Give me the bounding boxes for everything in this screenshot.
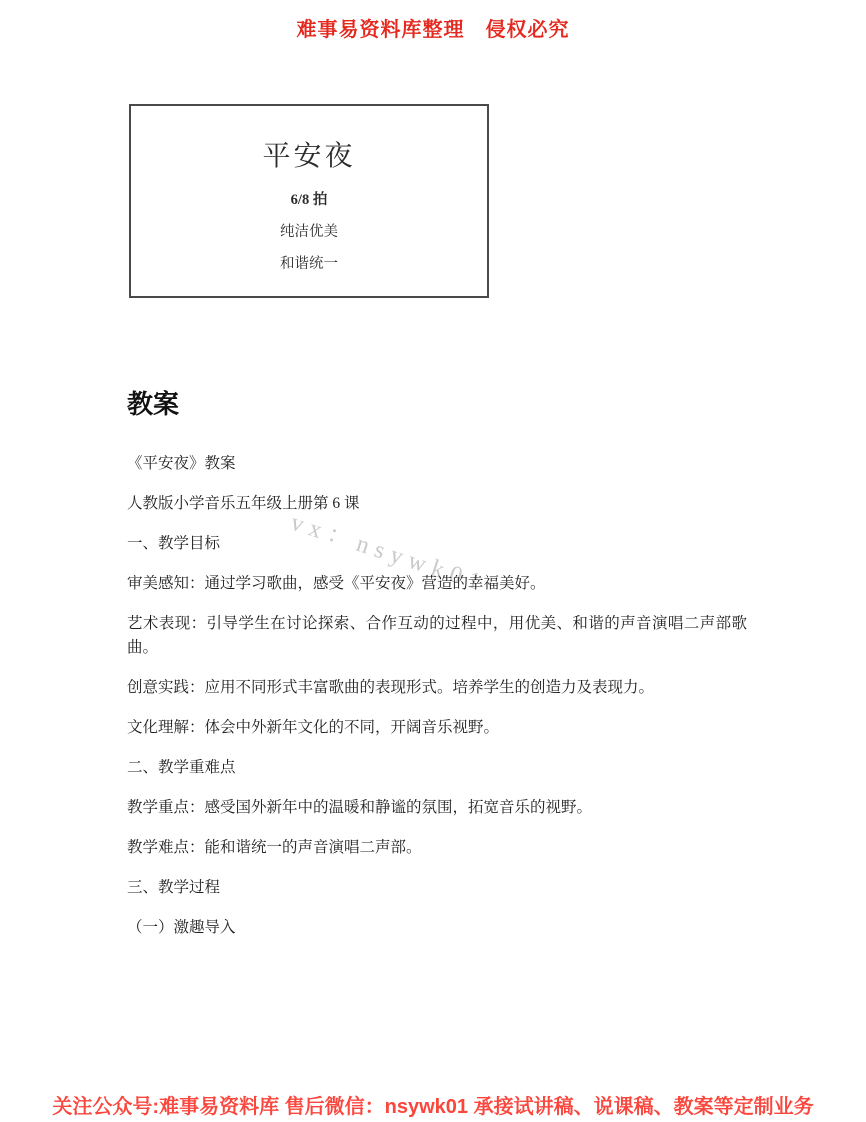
lesson-plan-content: 教案 《平安夜》教案 人教版小学音乐五年级上册第 6 课 一、教学目标 审美感知…: [127, 390, 747, 956]
footer-contact-notice: 关注公众号:难事易资料库 售后微信：nsywk01 承接试讲稿、说课稿、教案等定…: [0, 1090, 866, 1119]
song-meter: 6/8 拍: [131, 190, 487, 210]
paragraph-artistic-expression: 艺术表现：引导学生在讨论探索、合作互动的过程中，用优美、和谐的声音演唱二声部歌曲…: [127, 612, 747, 660]
song-title: 平安夜: [131, 140, 487, 174]
paragraph-section-1-heading: 一、教学目标: [127, 532, 747, 556]
paragraph-textbook-ref: 人教版小学音乐五年级上册第 6 课: [127, 492, 747, 516]
paragraph-intro-activity: （一）激趣导入: [127, 916, 747, 940]
paragraph-section-3-heading: 三、教学过程: [127, 876, 747, 900]
song-info-box: 平安夜 6/8 拍 纯洁优美 和谐统一: [129, 104, 489, 298]
paragraph-aesthetic-perception: 审美感知：通过学习歌曲，感受《平安夜》营造的幸福美好。: [127, 572, 747, 596]
paragraph-creative-practice: 创意实践：应用不同形式丰富歌曲的表现形式。培养学生的创造力及表现力。: [127, 676, 747, 700]
paragraph-teaching-focus: 教学重点：感受国外新年中的温暖和静谧的氛围，拓宽音乐的视野。: [127, 796, 747, 820]
song-harmony-descriptor: 和谐统一: [131, 254, 487, 274]
document-heading: 教案: [127, 390, 747, 418]
paragraph-cultural-understanding: 文化理解：体会中外新年文化的不同，开阔音乐视野。: [127, 716, 747, 740]
paragraph-section-2-heading: 二、教学重难点: [127, 756, 747, 780]
song-style-descriptor: 纯洁优美: [131, 222, 487, 242]
document-page: 难事易资料库整理 侵权必究 平安夜 6/8 拍 纯洁优美 和谐统一 vx：nsy…: [0, 0, 866, 1122]
paragraph-teaching-difficulty: 教学难点：能和谐统一的声音演唱二声部。: [127, 836, 747, 860]
header-copyright-notice: 难事易资料库整理 侵权必究: [0, 13, 866, 42]
paragraph-doc-title: 《平安夜》教案: [127, 452, 747, 476]
